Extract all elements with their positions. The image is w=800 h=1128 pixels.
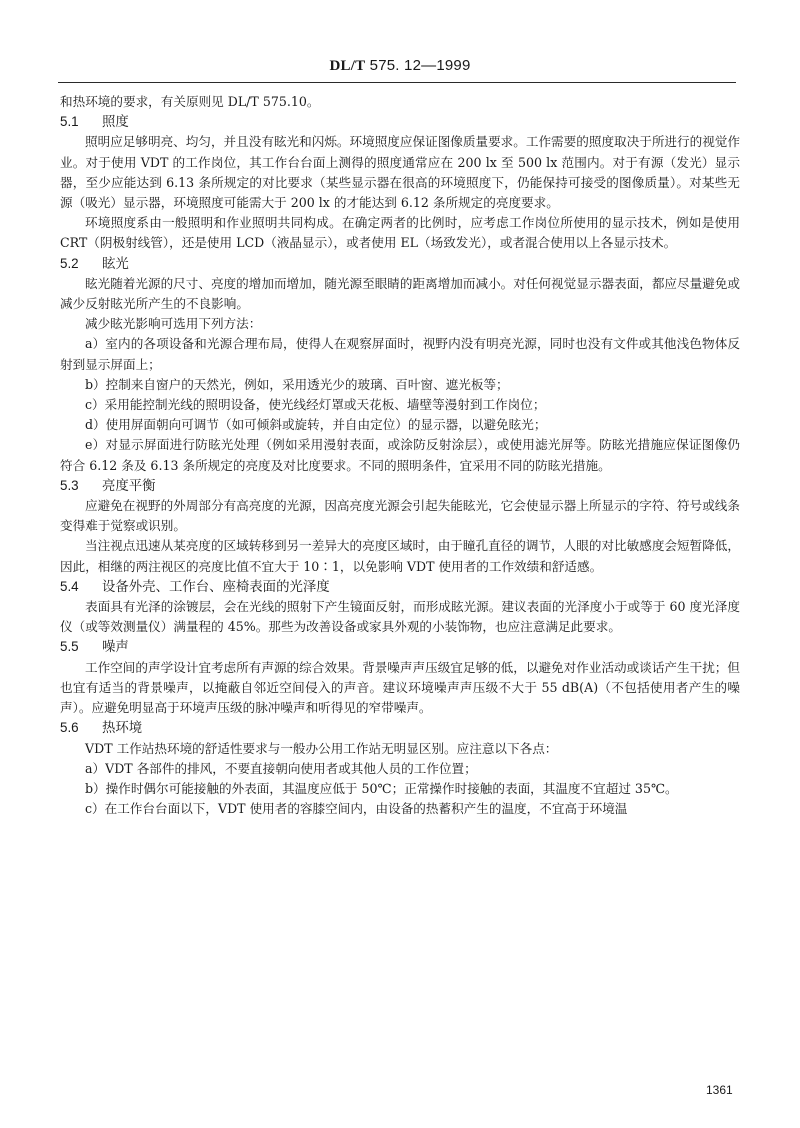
paragraph: 当注视点迅速从某亮度的区域转移到另一差异大的亮度区域时，由于瞳孔直径的调节，人眼…: [60, 536, 740, 576]
paragraph: VDT 工作站热环境的舒适性要求与一般办公用工作站无明显区别。应注意以下各点：: [60, 739, 740, 759]
standard-number: 575. 12—1999: [370, 57, 471, 74]
page-header: DL/T 575. 12—1999: [0, 57, 800, 75]
paragraph: 表面具有光泽的涂镀层，会在光线的照射下产生镜面反射，而形成眩光源。建议表面的光泽…: [60, 597, 740, 637]
standard-prefix: DL/T: [329, 58, 365, 74]
list-item: d）使用屏面朝向可调节（如可倾斜或旋转，并自由定位）的显示器，以避免眩光；: [60, 415, 740, 435]
intro-text: 和热环境的要求，有关原则见 DL/T 575.10。: [60, 92, 740, 112]
document-body: 和热环境的要求，有关原则见 DL/T 575.10。 5.1照度 照明应足够明亮…: [60, 92, 740, 819]
list-item: c）在工作台台面以下，VDT 使用者的容膝空间内，由设备的热蓄积产生的温度，不宜…: [60, 799, 740, 819]
list-item: a）VDT 各部件的排风，不要直接朝向使用者或其他人员的工作位置；: [60, 759, 740, 779]
paragraph: 眩光随着光源的尺寸、亮度的增加而增加，随光源至眼睛的距离增加而减小。对任何视觉显…: [60, 274, 740, 314]
section-heading-5-4: 5.4设备外壳、工作台、座椅表面的光泽度: [60, 577, 740, 597]
section-heading-5-3: 5.3亮度平衡: [60, 476, 740, 496]
list-item: b）控制来自窗户的天然光，例如，采用透光少的玻璃、百叶窗、遮光板等；: [60, 375, 740, 395]
header-rule: [58, 82, 736, 83]
section-heading-5-2: 5.2眩光: [60, 254, 740, 274]
paragraph: 减少眩光影响可选用下列方法：: [60, 314, 740, 334]
paragraph: 照明应足够明亮、均匀，并且没有眩光和闪烁。环境照度应保证图像质量要求。工作需要的…: [60, 132, 740, 213]
list-item: e）对显示屏面进行防眩光处理（例如采用漫射表面，或涂防反射涂层），或使用滤光屏等…: [60, 435, 740, 475]
list-item: c）采用能控制光线的照明设备，使光线经灯罩或天花板、墙壁等漫射到工作岗位；: [60, 395, 740, 415]
list-item: a）室内的各项设备和光源合理布局，使得人在观察屏面时，视野内没有明亮光源，同时也…: [60, 334, 740, 374]
section-heading-5-1: 5.1照度: [60, 112, 740, 132]
page-number: 1361: [706, 1083, 733, 1097]
paragraph: 应避免在视野的外周部分有高亮度的光源，因高亮度光源会引起失能眩光，它会使显示器上…: [60, 496, 740, 536]
paragraph: 工作空间的声学设计宜考虑所有声源的综合效果。背景噪声声压级宜足够的低，以避免对作…: [60, 658, 740, 719]
section-heading-5-6: 5.6热环境: [60, 718, 740, 738]
list-item: b）操作时偶尔可能接触的外表面，其温度应低于 50℃；正常操作时接触的表面，其温…: [60, 779, 740, 799]
paragraph: 环境照度系由一般照明和作业照明共同构成。在确定两者的比例时，应考虑工作岗位所使用…: [60, 213, 740, 253]
section-heading-5-5: 5.5噪声: [60, 637, 740, 657]
